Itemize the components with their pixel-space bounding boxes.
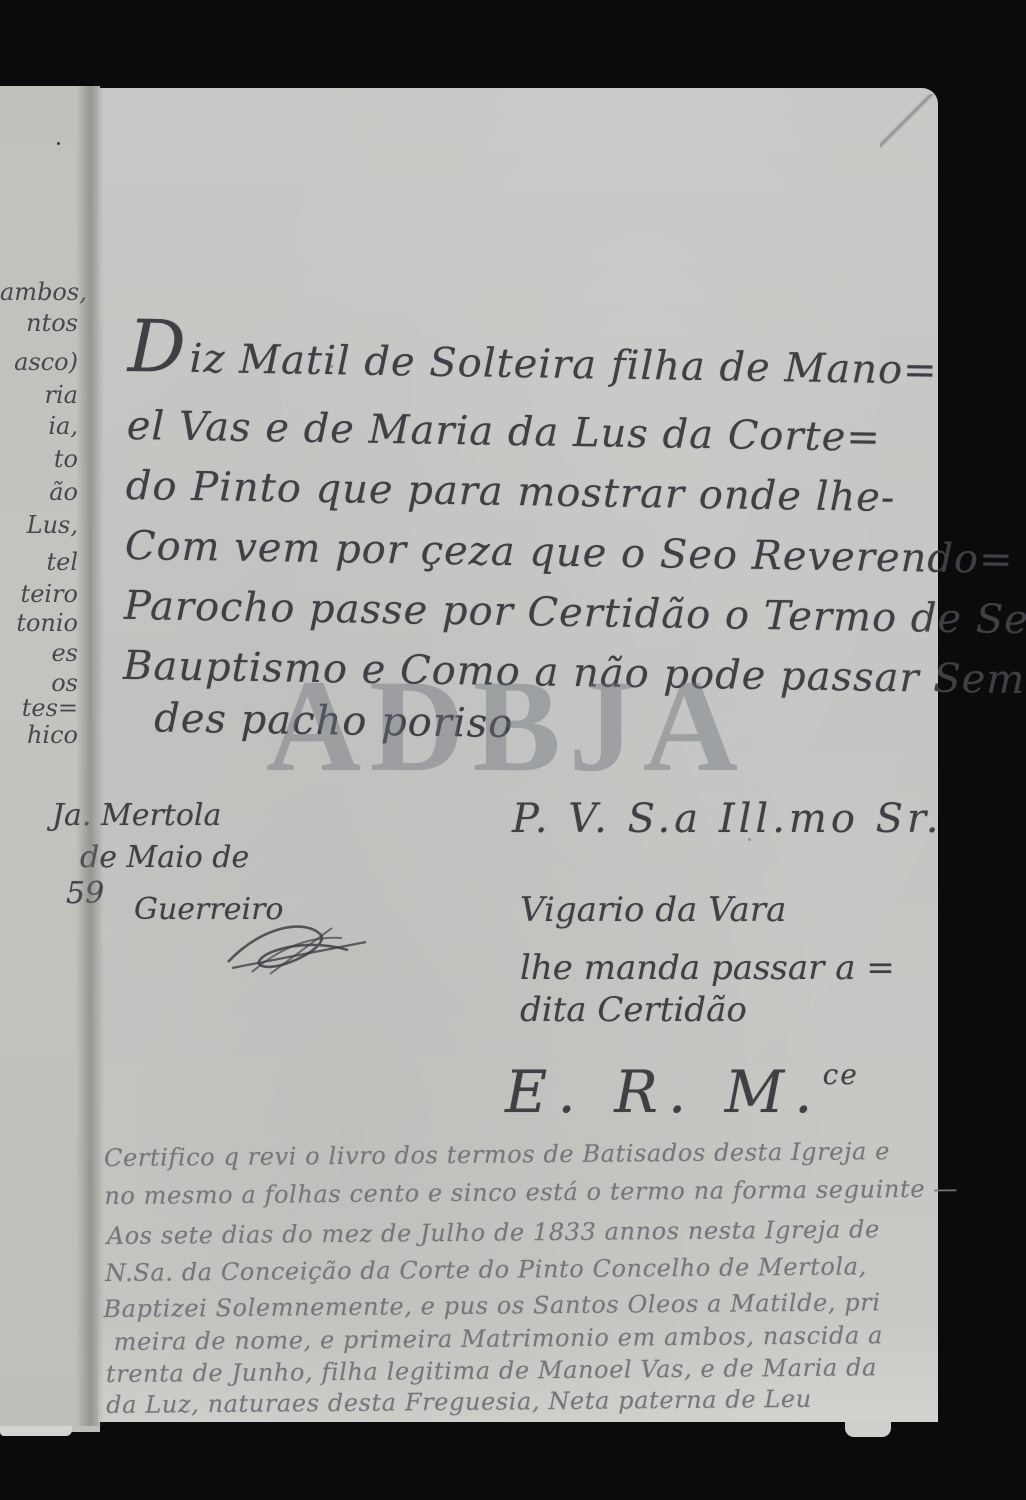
- left-fragment: os: [0, 669, 78, 697]
- left-fragment: tel: [0, 548, 78, 576]
- address-line: lhe manda passar a =: [520, 948, 895, 988]
- left-fragment: teiro: [0, 580, 78, 608]
- left-fragment: hico: [0, 721, 78, 749]
- courtesy-formula: E. R. M.ce: [505, 1058, 859, 1126]
- petition-line: el Vas e de Maria da Lus da Corte=: [126, 406, 881, 458]
- left-fragment: es: [0, 639, 78, 667]
- petition-line: Diz Matil de Solteira filha de Mano=: [128, 338, 938, 391]
- left-fragment: ambos,: [0, 278, 78, 306]
- left-fragment: to: [0, 445, 78, 473]
- left-fragment: ia,: [0, 412, 78, 440]
- left-fragment: ria: [0, 381, 78, 409]
- left-fragment: ntos: [0, 309, 78, 337]
- left-fragment: ão: [0, 478, 78, 506]
- address-line: P. V. S.a Ill.mo Sr.: [512, 796, 943, 842]
- page-bottom-corner-tab: [0, 1426, 72, 1436]
- page-bottom-corner-tab: [845, 1420, 891, 1437]
- binding-gutter-fold: [76, 86, 104, 1426]
- left-fragment: tes=: [0, 694, 78, 722]
- courtesy-main: E. R. M.: [505, 1058, 823, 1126]
- signature-rubric-flourish: [222, 916, 372, 978]
- dust-speck: [57, 142, 60, 145]
- scanned-document-photo: ADBJA ambos, ntos asco) ria ia, to ão Lu…: [0, 0, 1026, 1500]
- archive-watermark-text: ADBJA: [266, 660, 746, 792]
- left-fragment: tonio: [0, 609, 78, 637]
- left-fragment: Lus,: [0, 511, 78, 539]
- address-line: Vigario da Vara: [520, 890, 786, 930]
- margin-note-line: de Maio de: [80, 840, 249, 875]
- page-corner-crease: [880, 94, 934, 148]
- address-line: dita Certidão: [520, 990, 747, 1030]
- petition-line: do Pinto que para mostrar onde lhe-: [126, 466, 896, 518]
- courtesy-superscript: ce: [823, 1058, 859, 1091]
- left-fragment: asco): [0, 348, 78, 376]
